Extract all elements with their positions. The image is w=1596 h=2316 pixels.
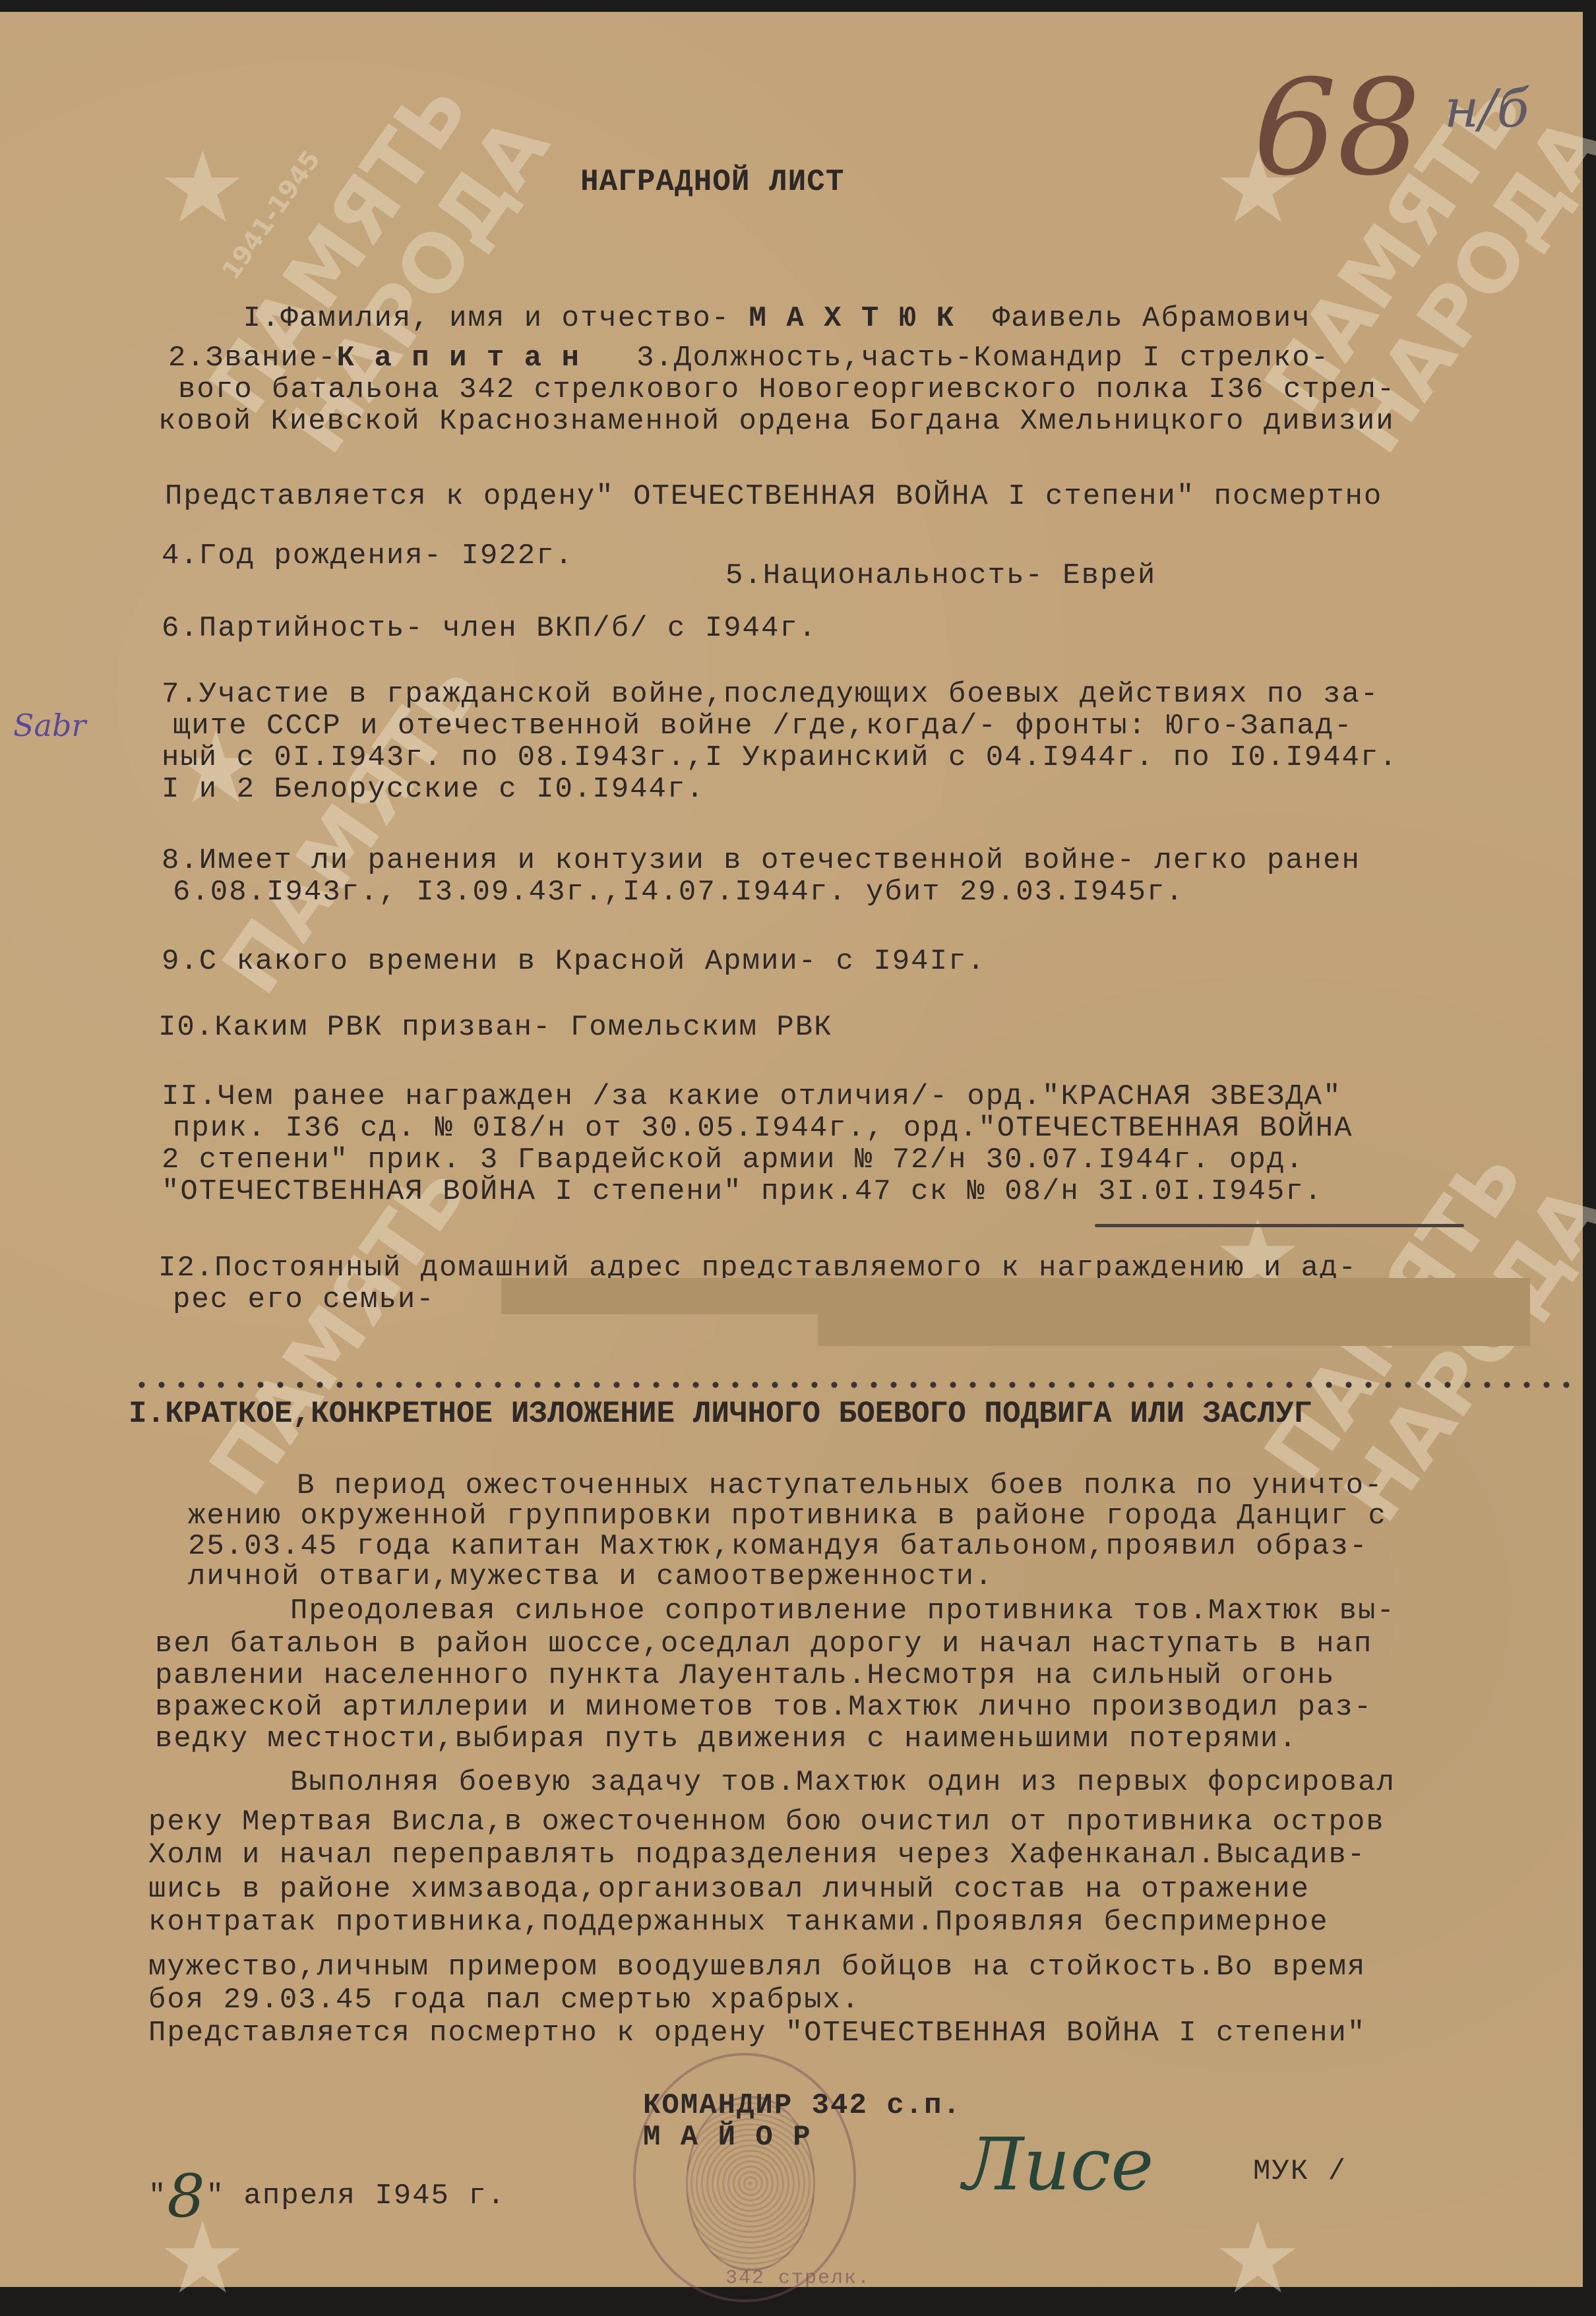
summary-line: мужество,личным примером воодушевлял бой…: [148, 1951, 1366, 1984]
dotted-divider: [132, 1380, 1570, 1389]
field-5-label: 5.Национальность-: [725, 559, 1044, 592]
rank-line: М А Й О Р: [643, 2121, 812, 2154]
summary-line: вел батальон в район шоссе,оседлал дорог…: [155, 1628, 1372, 1661]
field-4-label: 4.Год рождения-: [162, 539, 443, 572]
date-month-year: апреля I945 г.: [243, 2179, 506, 2212]
rank-value: К а п и т а н: [337, 342, 580, 375]
field-11-line: II.Чем ранее награжден /за какие отличия…: [162, 1080, 1341, 1113]
summary-heading: I.КРАТКОЕ,КОНКРЕТНОЕ ИЗЛОЖЕНИЕ ЛИЧНОГО Б…: [129, 1397, 1312, 1431]
birth-year: I922г.: [461, 539, 573, 572]
first-and-patronymic: Фaивель Абрамович: [993, 302, 1311, 335]
summary-line: Выполняя боевую задачу тов.Махтюк один и…: [290, 1766, 1396, 1799]
date-day: 8: [167, 2162, 206, 2231]
award-sheet-page: ★ ПАМЯТЬ НАРОДА 1941-1945 ★ ПАМЯТЬ НАРОД…: [0, 12, 1583, 2287]
summary-line: ведку местности,выбирая путь движения с …: [155, 1722, 1298, 1755]
field-7-line: щите СССР и отечественной войне /где,ког…: [173, 710, 1353, 743]
watermark-star-icon: ★: [1213, 2201, 1302, 2287]
field-9: 9.С какого времени в Красной Армии- с I9…: [162, 945, 986, 978]
field-10: I0.Каким РВК призван- Гомельским РВК: [158, 1011, 833, 1044]
date-quote: ": [148, 2179, 167, 2212]
corner-note: н/б: [1444, 78, 1529, 139]
summary-line: боя 29.03.45 года пал смертью храбрых.: [148, 1984, 860, 2017]
nationality: Еврей: [1062, 559, 1156, 592]
summary-line: контратак противника,поддержанных танкам…: [148, 1906, 1328, 1939]
summary-line: Холм и начал переправлять подразделения …: [148, 1839, 1366, 1872]
handwritten-underline: [1095, 1224, 1464, 1227]
field-6: 6.Партийность- член ВКП/б/ с I944г.: [162, 612, 817, 645]
date-quote: ": [206, 2179, 225, 2212]
field-1-label: I.Фамилия, имя и отчество-: [243, 302, 731, 335]
field-2-label: 2.Звание-: [168, 342, 337, 375]
field-2-3: 2.Звание-К а п и т а н 3.Должность,часть…: [168, 342, 1330, 375]
party-membership: член ВКП/б/ с I944г.: [443, 612, 817, 645]
field-3-line: ковой Киевской Краснознаменной ордена Бо…: [158, 405, 1395, 438]
stamp-text: 342 стрелк.: [725, 2267, 871, 2287]
redacted-address: [501, 1278, 1530, 1314]
field-8-line: 6.08.I943г., I3.09.43г.,I4.07.I944г. уби…: [173, 876, 1184, 909]
field-5: 5.Национальность- Еврей: [725, 559, 1156, 592]
signer-surname-suffix: МУК /: [1253, 2155, 1347, 2188]
field-11-line: "ОТЕЧЕСТВЕННАЯ ВОЙНА I степени" прик.47 …: [162, 1175, 1323, 1208]
commander-line: КОМАНДИР 342 с.п.: [643, 2089, 962, 2122]
field-3-line: вого батальона 342 стрелкового Новогеорг…: [178, 373, 1396, 406]
summary-line: В период ожесточенных наступательных бое…: [297, 1469, 1383, 1502]
field-11-line: прик. I36 сд. № 0I8/н от 30.05.I944г., о…: [173, 1112, 1353, 1145]
summary-line: вражеской артиллерии и минометов тов.Мах…: [155, 1691, 1372, 1724]
field-11-line: 2 степени" прик. 3 Гвардейской армии № 7…: [162, 1143, 1304, 1176]
summary-line: 25.03.45 года капитан Махтюк,командуя ба…: [188, 1530, 1368, 1563]
summary-line: Преодолевая сильное сопротивление против…: [290, 1595, 1396, 1628]
field-3-line: 3.Должность,часть-Командир I стрелко-: [636, 342, 1330, 375]
summary-line: Представляется посмертно к ордену "ОТЕЧЕ…: [148, 2017, 1366, 2050]
date-line: "8" апреля I945 г.: [148, 2148, 506, 2218]
margin-note: Sabr: [13, 708, 86, 743]
watermark-star-icon: ★: [158, 131, 247, 245]
summary-line: реку Мертвая Висла,в ожесточенном бою оч…: [148, 1806, 1385, 1839]
field-7-line: 7.Участие в гражданской войне,последующи…: [162, 678, 1379, 711]
field-12-line: рес его семьи-: [173, 1283, 435, 1316]
surname: М А Х Т Ю К: [749, 302, 955, 335]
archive-number: 68: [1253, 51, 1421, 205]
page-title: НАГРАДНОЙ ЛИСТ: [580, 165, 844, 199]
handwritten-signature: Лисе: [963, 2122, 1153, 2207]
field-8-line: 8.Имеет ли ранения и контузии в отечеств…: [162, 844, 1361, 877]
summary-line: личной отваги,мужества и самоотверженнос…: [188, 1560, 993, 1593]
field-7-line: ный с 0I.I943г. по 08.I943г.,I Украински…: [162, 741, 1398, 774]
field-6-label: 6.Партийность-: [162, 612, 424, 645]
field-4: 4.Год рождения- I922г.: [162, 539, 574, 572]
summary-line: шись в районе химзавода,организовал личн…: [148, 1873, 1310, 1906]
redacted-address: [818, 1314, 1530, 1346]
field-7-line: I и 2 Белорусские с I0.I944г.: [162, 773, 705, 806]
nomination-line: Представляется к ордену" ОТЕЧЕСТВЕННАЯ В…: [165, 480, 1382, 513]
summary-line: жению окруженной группировки противника …: [188, 1500, 1387, 1533]
summary-line: равлении населенного пункта Лауенталь.Не…: [155, 1659, 1335, 1692]
